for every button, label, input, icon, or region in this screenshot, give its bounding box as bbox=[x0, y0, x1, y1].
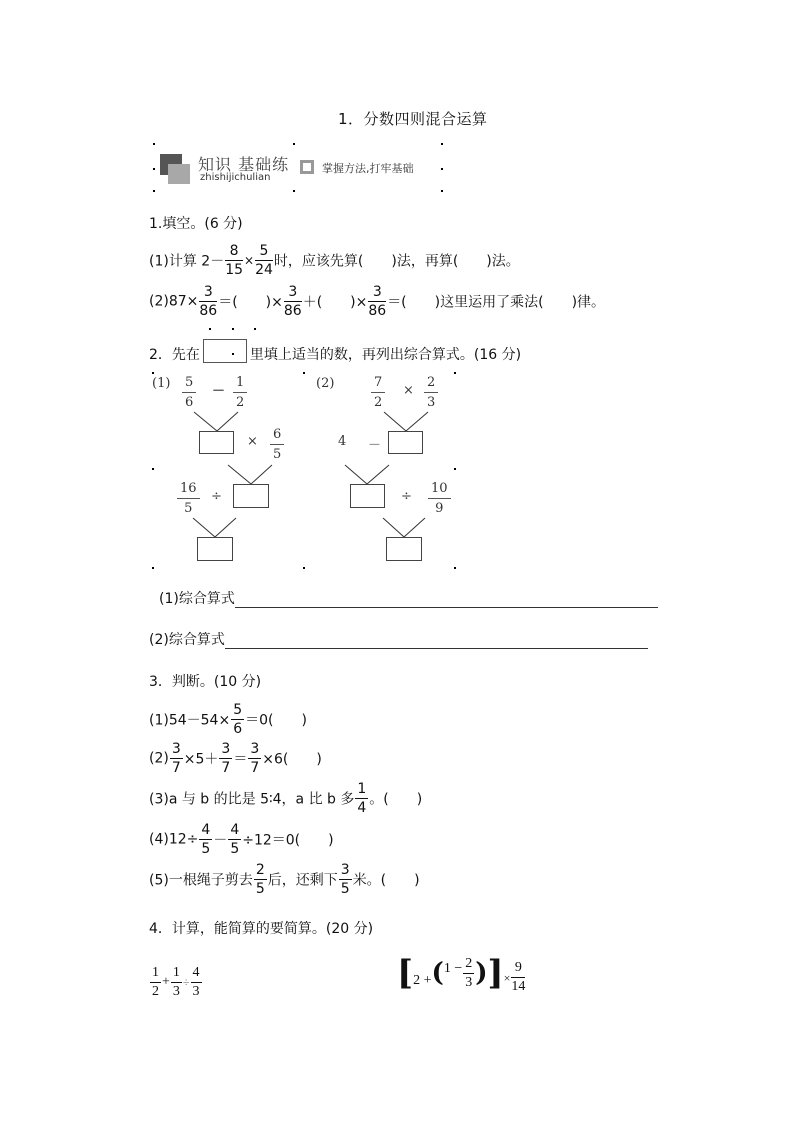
fraction: 37 bbox=[248, 742, 261, 775]
formula1-answer-line[interactable] bbox=[235, 592, 658, 608]
answer-box[interactable] bbox=[197, 537, 233, 561]
q3-item4: (4)12÷45－45÷12＝0( ) bbox=[149, 823, 334, 856]
formula2-row: (2)综合算式 bbox=[149, 629, 648, 649]
q4-expr1: 12+13÷43 bbox=[149, 966, 203, 999]
fraction: 23 bbox=[463, 957, 474, 990]
answer-box[interactable] bbox=[350, 484, 385, 508]
answer-box[interactable] bbox=[233, 484, 269, 508]
formula1-label: (1)综合算式 bbox=[159, 591, 235, 607]
q3-item5: (5)一根绳子剪去25后，还剩下35米。( ) bbox=[149, 863, 420, 896]
fraction: 914 bbox=[511, 961, 525, 994]
q4-heading: 4．计算，能简算的要简算。(20 分) bbox=[149, 918, 373, 938]
operator: ÷ bbox=[401, 489, 412, 504]
answer-box[interactable] bbox=[386, 537, 422, 561]
formula2-label: (2)综合算式 bbox=[149, 632, 225, 648]
fraction: 37 bbox=[170, 742, 183, 775]
operator: ÷ bbox=[211, 489, 222, 504]
operator: － bbox=[212, 380, 225, 399]
answer-box[interactable] bbox=[199, 431, 234, 454]
fraction: 14 bbox=[355, 782, 368, 815]
q4-expr2: [2 +(1 −23)]×914 bbox=[397, 956, 526, 994]
fraction: 56 bbox=[182, 376, 196, 409]
q3-item2: (2)37×5＋37＝37×6( ) bbox=[149, 742, 322, 775]
fraction: 23 bbox=[424, 376, 438, 409]
answer-box[interactable] bbox=[388, 431, 423, 454]
fraction: 72 bbox=[371, 376, 385, 409]
operator: － bbox=[368, 434, 381, 453]
fraction: 13 bbox=[171, 966, 182, 999]
fraction: 165 bbox=[177, 482, 200, 515]
fraction: 65 bbox=[270, 428, 284, 461]
q3-item3: (3)a 与 b 的比是 5∶4，a 比 b 多14。( ) bbox=[149, 782, 422, 815]
operator: × bbox=[403, 383, 414, 398]
fraction: 12 bbox=[233, 376, 247, 409]
number: 4 bbox=[338, 434, 346, 449]
diagram2-label: (2) bbox=[316, 376, 334, 391]
fraction: 25 bbox=[254, 863, 267, 896]
fraction: 45 bbox=[228, 823, 241, 856]
fraction: 35 bbox=[339, 863, 352, 896]
q3-heading: 3．判断。(10 分) bbox=[149, 671, 261, 691]
fraction: 12 bbox=[150, 966, 161, 999]
formula2-answer-line[interactable] bbox=[225, 633, 648, 649]
fraction: 109 bbox=[428, 482, 451, 515]
fraction: 37 bbox=[219, 742, 232, 775]
fraction: 43 bbox=[191, 966, 202, 999]
q3-item1: (1)54－54×56＝0( ) bbox=[149, 703, 307, 736]
fraction: 56 bbox=[231, 703, 244, 736]
diagram1-label: (1) bbox=[152, 376, 170, 391]
operator: × bbox=[247, 434, 258, 449]
fraction: 45 bbox=[199, 823, 212, 856]
formula1-row: (1)综合算式 bbox=[159, 588, 658, 608]
